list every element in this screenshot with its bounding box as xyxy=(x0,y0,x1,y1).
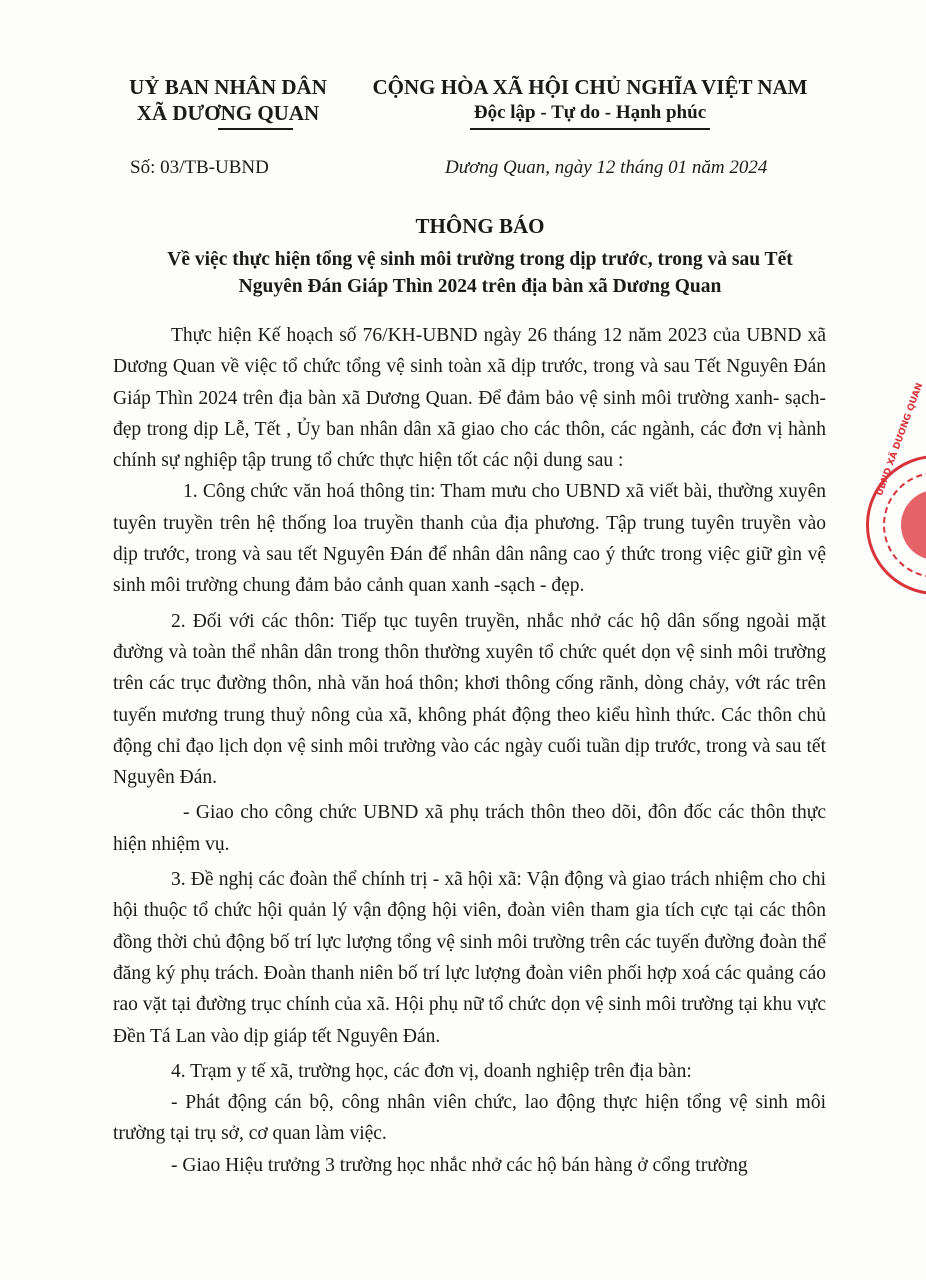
document-page: UỶ BAN NHÂN DÂN XÃ DƯƠNG QUAN CỘNG HÒA X… xyxy=(0,0,926,1280)
nation-name: CỘNG HÒA XÃ HỘI CHỦ NGHĨA VIỆT NAM xyxy=(370,74,810,100)
item-2-sub: - Giao cho công chức UBND xã phụ trách t… xyxy=(113,797,826,860)
subject-line-1: Về việc thực hiện tổng vệ sinh môi trườn… xyxy=(100,246,860,273)
subject-line-2: Nguyên Đán Giáp Thìn 2024 trên địa bàn x… xyxy=(100,273,860,300)
motto: Độc lập - Tự do - Hạnh phúc xyxy=(370,100,810,126)
intro-paragraph: Thực hiện Kế hoạch số 76/KH-UBND ngày 26… xyxy=(113,320,826,476)
document-subject: Về việc thực hiện tổng vệ sinh môi trườn… xyxy=(100,246,860,300)
document-body: Thực hiện Kế hoạch số 76/KH-UBND ngày 26… xyxy=(113,320,826,1181)
agency-underline xyxy=(218,128,293,130)
item-3: 3. Đề nghị các đoàn thể chính trị - xã h… xyxy=(113,864,826,1052)
item-4-sub-2: - Giao Hiệu trưởng 3 trường học nhắc nhở… xyxy=(113,1150,826,1181)
document-title: THÔNG BÁO xyxy=(100,214,860,239)
issuing-agency: UỶ BAN NHÂN DÂN XÃ DƯƠNG QUAN xyxy=(108,74,348,126)
document-number: Số: 03/TB-UBND xyxy=(130,157,269,179)
item-4: 4. Trạm y tế xã, trường học, các đơn vị,… xyxy=(113,1056,826,1087)
item-1: 1. Công chức văn hoá thông tin: Tham mưu… xyxy=(113,476,826,601)
item-2: 2. Đối với các thôn: Tiếp tục tuyên truy… xyxy=(113,606,826,794)
item-4-sub-1: - Phát động cán bộ, công nhân viên chức,… xyxy=(113,1087,826,1150)
national-motto: CỘNG HÒA XÃ HỘI CHỦ NGHĨA VIỆT NAM Độc l… xyxy=(370,74,810,130)
place-date: Dương Quan, ngày 12 tháng 01 năm 2024 xyxy=(445,157,767,179)
agency-line-2: XÃ DƯƠNG QUAN xyxy=(108,100,348,126)
agency-line-1: UỶ BAN NHÂN DÂN xyxy=(108,74,348,100)
official-seal-stamp: UBND XÃ DƯƠNG QUAN xyxy=(866,455,926,595)
motto-underline xyxy=(470,128,710,130)
